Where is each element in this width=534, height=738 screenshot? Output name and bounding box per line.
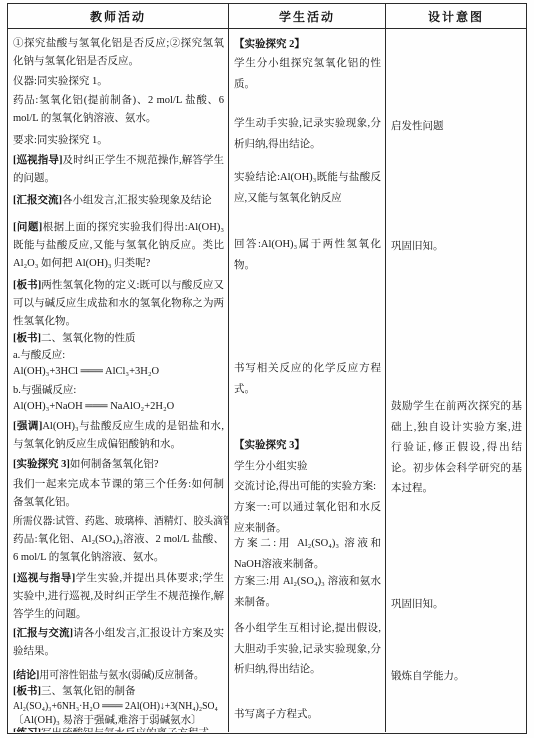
- teacher-paragraph: [巡视与指导]学生实验,并提出具体要求;学生实验中,进行巡视,及时纠正学生不规范…: [13, 570, 224, 624]
- column-header-teacher-activity: 教师活动: [8, 4, 229, 28]
- student-activity-cell: 【实验探究 2】 学生分小组探究氢氧化铝的性质。 学生动手实验,记录实验现象,分…: [229, 29, 386, 732]
- student-note: 方案二:用 Al₂(SO₄)₃ 溶液和NaOH溶液来制备。: [234, 534, 381, 575]
- column-header-student-activity: 学生活动: [229, 4, 386, 28]
- intent-note: 锻炼自学能力。: [391, 667, 522, 688]
- intent-note: 巩固旧知。: [391, 237, 522, 258]
- student-note: 方案一:可以通过氧化铝和水反应来制备。: [234, 498, 381, 539]
- student-note: 交流讨论,得出可能的实验方案:: [234, 477, 381, 498]
- intent-note: 启发性问题: [391, 117, 522, 138]
- teacher-paragraph: [板书]二、氢氧化物的性质: [13, 330, 224, 348]
- teacher-paragraph: [问题]根据上面的探究实验我们得出:Al(OH)₃既能与盐酸反应,又能与氢氧化钠…: [13, 219, 224, 273]
- intent-note: 巩固旧知。: [391, 595, 522, 616]
- teacher-paragraph: ①探究盐酸与氢氧化铝是否反应;②探究氢氧化钠与氢氧化铝是否反应。: [13, 35, 224, 71]
- teacher-paragraph: [巡视指导]及时纠正学生不规范操作,解答学生的问题。: [13, 152, 224, 188]
- student-note: 各小组学生互相讨论,提出假设,大胆动手实验,记录实验现象,分析归纳,得出结论。: [234, 619, 381, 681]
- teacher-paragraph: [练习]写出硫酸铝与氨水反应的离子方程式。: [13, 725, 224, 732]
- experiment-heading: 【实验探究 2】: [234, 35, 381, 56]
- teacher-paragraph: [实验探究 3]如何制备氢氧化铝?: [13, 456, 224, 474]
- teacher-paragraph: [汇报交流]各小组发言,汇报实验现象及结论: [13, 192, 224, 210]
- teacher-paragraph: [强调]Al(OH)₃与盐酸反应生成的是铝盐和水,与氢氧化钠反应生成偏铝酸钠和水…: [13, 418, 224, 454]
- table-body-row: ①探究盐酸与氢氧化铝是否反应;②探究氢氧化钠与氢氧化铝是否反应。 仪器:同实验探…: [8, 29, 526, 732]
- student-note: 书写相关反应的化学反应方程式。: [234, 359, 381, 400]
- lesson-plan-table: 教师活动 学生活动 设计意图 ①探究盐酸与氢氧化铝是否反应;②探究氢氧化钠与氢氧…: [7, 3, 527, 734]
- document-page: 教师活动 学生活动 设计意图 ①探究盐酸与氢氧化铝是否反应;②探究氢氧化钠与氢氧…: [0, 0, 534, 738]
- teacher-paragraph: 我们一起来完成本节课的第三个任务:如何制备氢氧化铝。: [13, 476, 224, 512]
- teacher-paragraph: 所需仪器:试管、药匙、玻璃棒、酒精灯、胶头滴管等。: [13, 513, 211, 531]
- teacher-paragraph: 药品:氢氧化铝(提前制备)、2 mol/L 盐酸、6 mol/L 的氢氧化钠溶液…: [13, 92, 224, 128]
- teacher-paragraph: 要求:同实验探究 1。: [13, 132, 224, 150]
- intent-note: 鼓励学生在前两次探究的基础上,独自设计实验方案,进行验证,修正假设,得出结论。初…: [391, 397, 522, 500]
- design-intent-cell: 启发性问题 巩固旧知。 鼓励学生在前两次探究的基础上,独自设计实验方案,进行验证…: [386, 29, 526, 732]
- teacher-paragraph: 仪器:同实验探究 1。: [13, 73, 224, 91]
- chemical-equation: Al(OH)₃+3HCl ═══ AlCl₃+3H₂O: [13, 363, 224, 381]
- table-header-row: 教师活动 学生活动 设计意图: [8, 4, 526, 29]
- teacher-paragraph: [汇报与交流]请各小组发言,汇报设计方案及实验结果。: [13, 625, 224, 661]
- student-note: 回答:Al(OH)₃属于两性氢氧化物。: [234, 235, 381, 276]
- experiment-heading: 【实验探究 3】: [234, 436, 381, 457]
- teacher-activity-cell: ①探究盐酸与氢氧化铝是否反应;②探究氢氧化钠与氢氧化铝是否反应。 仪器:同实验探…: [8, 29, 229, 732]
- student-note: 学生分小组探究氢氧化铝的性质。: [234, 54, 381, 95]
- chemical-equation: Al(OH)₃+NaOH ═══ NaAlO₂+2H₂O: [13, 398, 224, 416]
- teacher-paragraph: 药品:氧化铝、Al₂(SO₄)₃溶液、2 mol/L 盐酸、6 mol/L 的氢…: [13, 531, 224, 567]
- student-note: 学生分小组实验: [234, 457, 381, 478]
- student-note: 方案三:用 Al₂(SO₄)₃ 溶液和氨水来制备。: [234, 572, 381, 613]
- column-header-design-intent: 设计意图: [386, 4, 526, 28]
- student-note: 书写离子方程式。: [234, 705, 381, 726]
- student-note: 实验结论:Al(OH)₃既能与盐酸反应,又能与氢氧化钠反应: [234, 168, 381, 209]
- student-note: 学生动手实验,记录实验现象,分析归纳,得出结论。: [234, 114, 381, 155]
- teacher-paragraph: [板书]两性氢氧化物的定义:既可以与酸反应又可以与碱反应生成盐和水的氢氧化物称之…: [13, 277, 224, 331]
